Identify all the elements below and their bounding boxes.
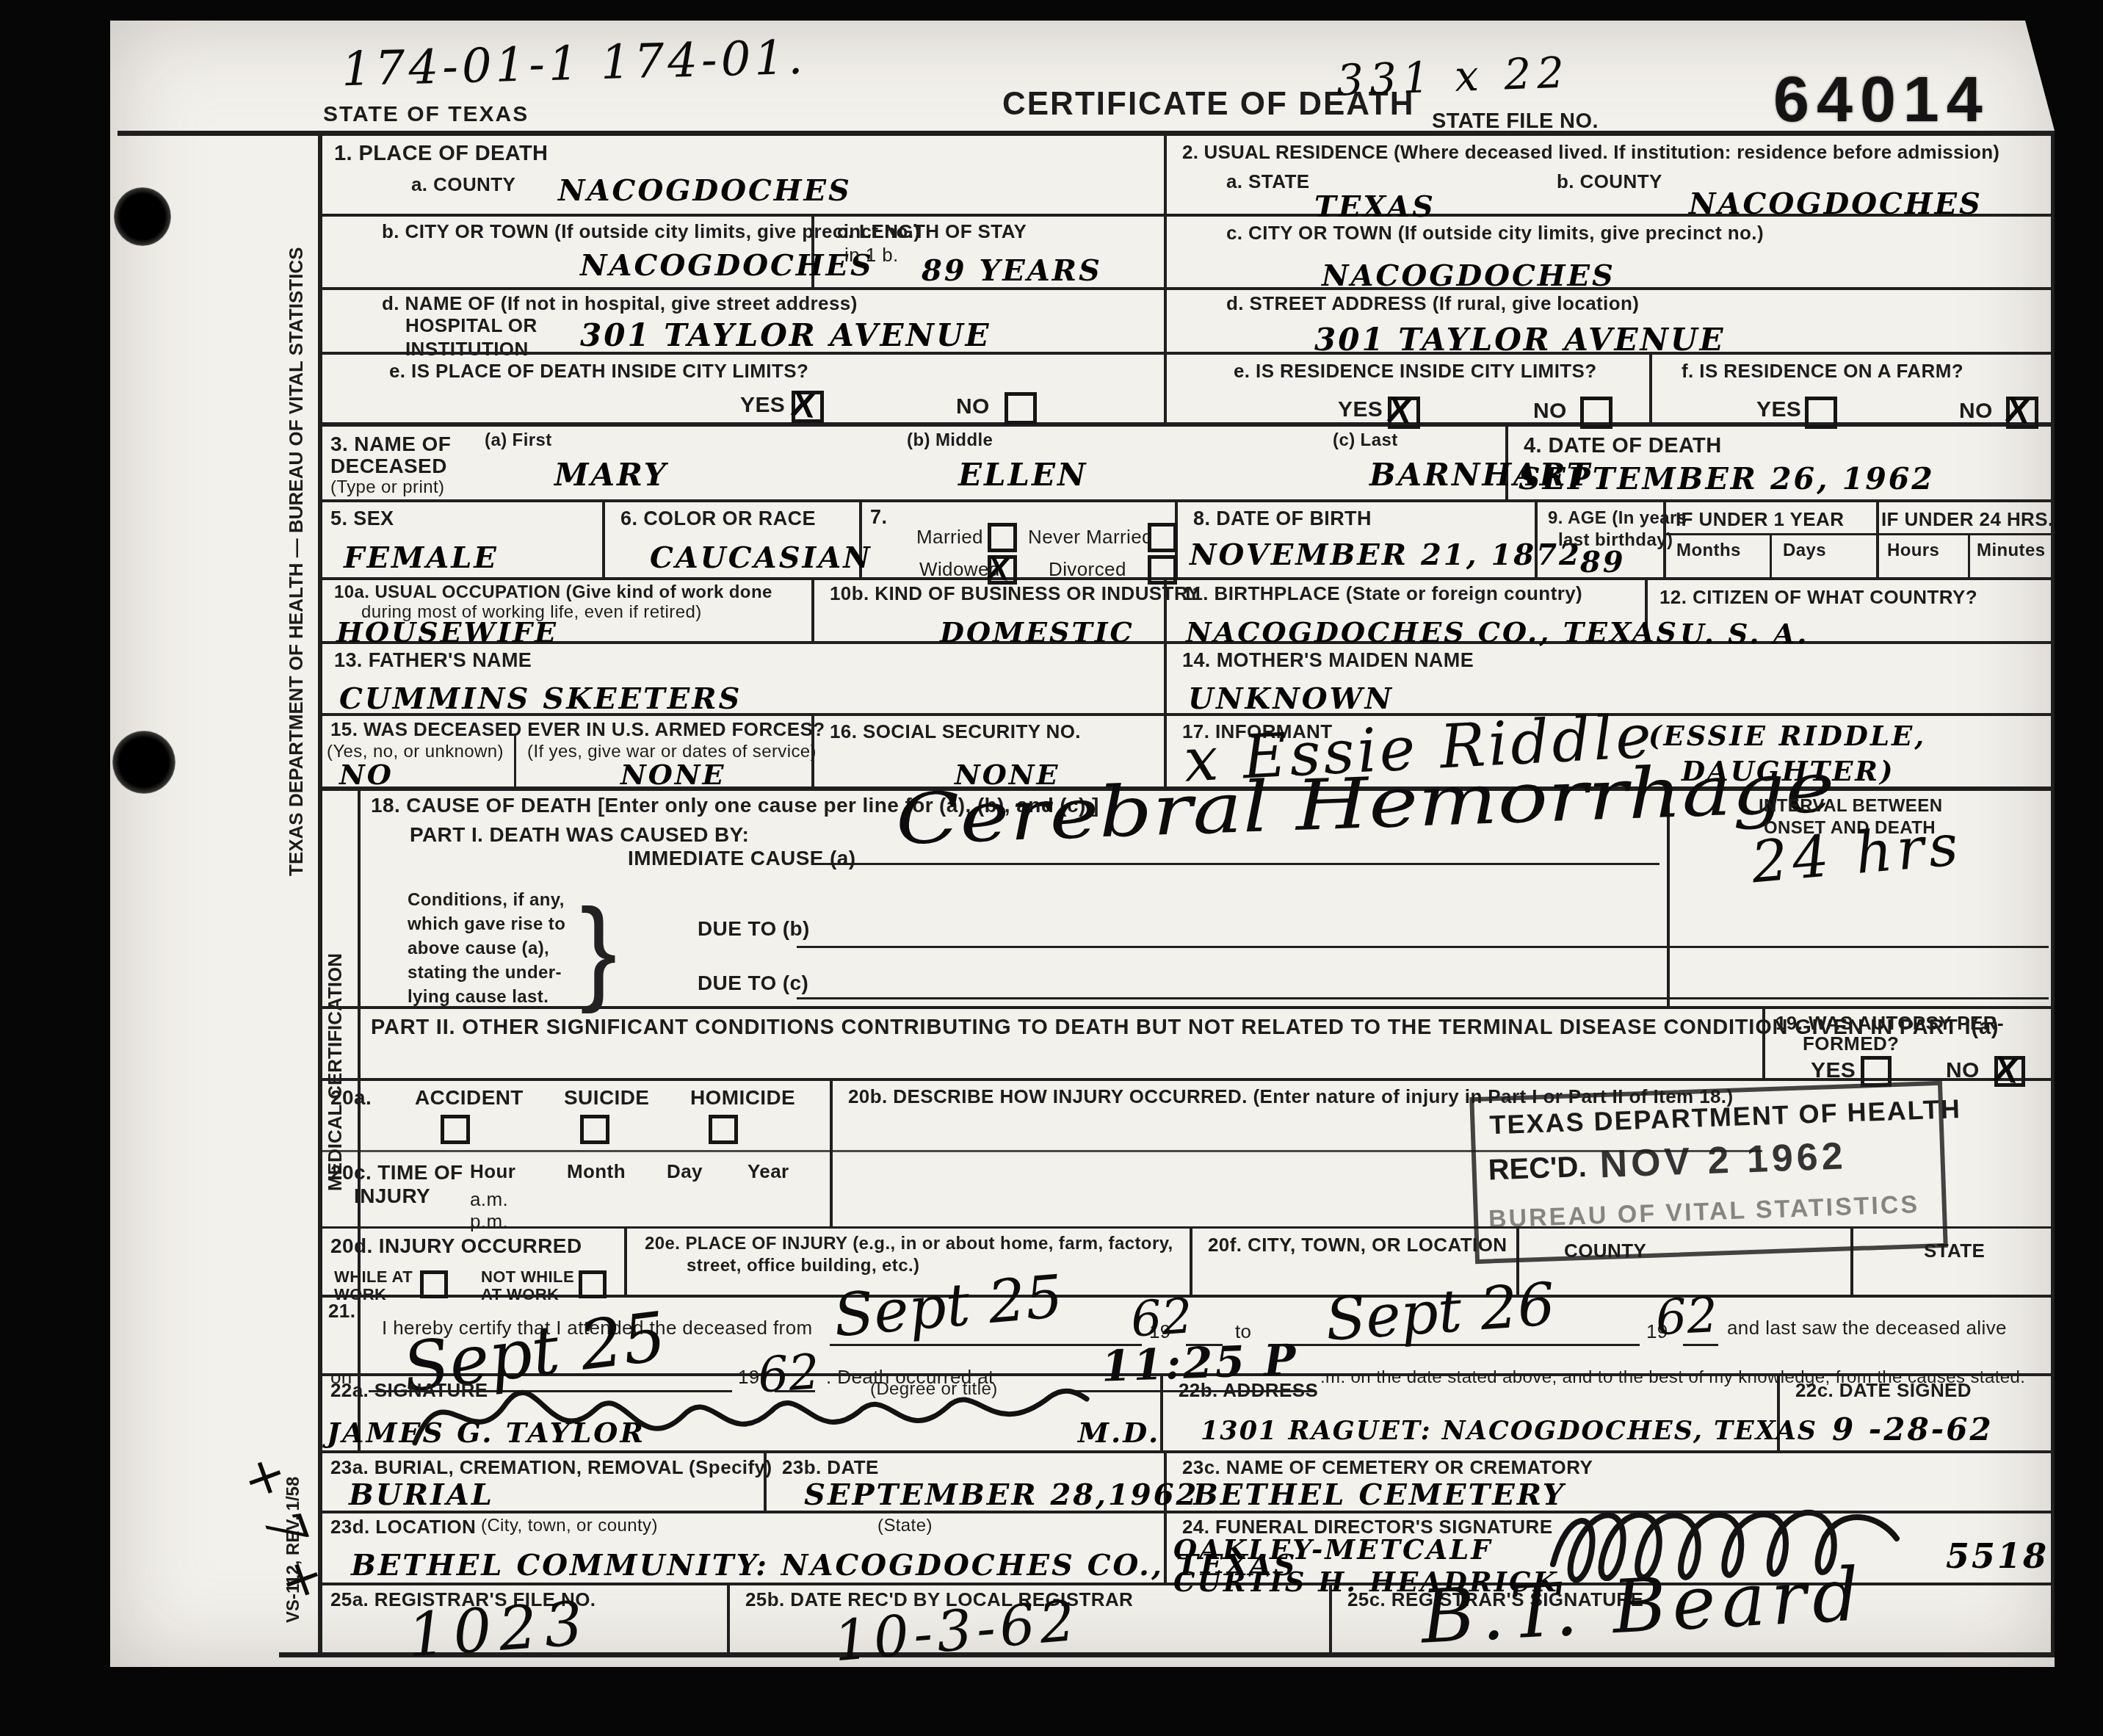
conditions-label-4: stating the under- bbox=[408, 963, 562, 984]
funeral-home-typed: OAKLEY-METCALF bbox=[1173, 1533, 1493, 1566]
rule bbox=[1876, 499, 1879, 579]
while-at-work-label-1: WHILE AT bbox=[334, 1267, 413, 1287]
burial-cremation-label: 23a. BURIAL, CREMATION, REMOVAL (Specify… bbox=[330, 1456, 772, 1479]
married-checkbox[interactable] bbox=[988, 523, 1017, 552]
business-industry-value: DOMESTIC bbox=[940, 615, 1134, 648]
date-of-death-label: 4. DATE OF DEATH bbox=[1524, 433, 1722, 459]
hospital-label-3: INSTITUTION bbox=[405, 338, 529, 361]
ssn-label: 16. SOCIAL SECURITY NO. bbox=[830, 720, 1081, 743]
location-value: BETHEL COMMUNITY: NACOGDOCHES CO., TEXAS bbox=[351, 1548, 1297, 1583]
usual-residence-label: 2. USUAL RESIDENCE (Where deceased lived… bbox=[1182, 141, 1999, 164]
length-of-stay-value: 89 YEARS bbox=[922, 253, 1102, 288]
stamp-line-3: BUREAU OF VITAL STATISTICS bbox=[1488, 1190, 1919, 1234]
date-signed-value: 9 -28-62 bbox=[1832, 1411, 1994, 1447]
place-of-injury-label-1: 20e. PLACE OF INJURY (e.g., in or about … bbox=[645, 1234, 1173, 1255]
name-of-deceased-label-1: 3. NAME OF bbox=[330, 432, 451, 457]
never-married-checkbox[interactable] bbox=[1148, 523, 1177, 552]
rule bbox=[318, 1078, 2052, 1081]
address-value: 1301 RAGUET: NACOGDOCHES, TEXAS bbox=[1201, 1416, 1817, 1446]
stamp-line-1: TEXAS DEPARTMENT OF HEALTH bbox=[1489, 1093, 1962, 1140]
if-under-1-year-label: IF UNDER 1 YEAR bbox=[1676, 508, 1844, 531]
length-of-stay-label: c. LENGTH OF STAY bbox=[837, 220, 1027, 243]
armed-forces-label: 15. WAS DECEASED EVER IN U.S. ARMED FORC… bbox=[330, 718, 825, 741]
mothers-maiden-name-value: UNKNOWN bbox=[1188, 681, 1394, 716]
farm-yes-checkbox[interactable] bbox=[1805, 397, 1837, 429]
year-label: Year bbox=[748, 1160, 789, 1183]
city-town-location-label: 20f. CITY, TOWN, OR LOCATION bbox=[1208, 1234, 1507, 1256]
rule bbox=[1190, 1226, 1192, 1296]
interval-label-1: INTERVAL BETWEEN bbox=[1759, 796, 1942, 817]
rule bbox=[318, 499, 2052, 502]
hour-label: Hour bbox=[470, 1160, 515, 1183]
autopsy-no-label: NO bbox=[1946, 1057, 1980, 1084]
rule bbox=[318, 131, 322, 1657]
item-21-label: 21. bbox=[328, 1300, 355, 1323]
rule bbox=[1663, 533, 2052, 535]
accident-label: ACCIDENT bbox=[415, 1085, 524, 1110]
burial-value: BURIAL bbox=[349, 1478, 494, 1512]
rule bbox=[811, 577, 814, 643]
first-name-value: MARY bbox=[554, 457, 668, 493]
month-label: Month bbox=[567, 1160, 626, 1183]
rule bbox=[624, 1226, 627, 1296]
autopsy-label-1: 19. WAS AUTOPSY PER- bbox=[1776, 1012, 2004, 1035]
item-20a-label: 20a. bbox=[330, 1085, 372, 1110]
part2-label: PART II. OTHER SIGNIFICANT CONDITIONS CO… bbox=[371, 1015, 1999, 1041]
state-file-number: 64014 bbox=[1773, 60, 1990, 138]
sex-value: FEMALE bbox=[344, 540, 499, 575]
married-label: Married bbox=[916, 526, 983, 549]
hours-label: Hours bbox=[1887, 540, 1939, 562]
no-label: NO bbox=[1533, 398, 1567, 424]
residence-city-limits-label: e. IS RESIDENCE INSIDE CITY LIMITS? bbox=[1234, 360, 1597, 383]
handwritten-file-annotation: 331 x 22 bbox=[1336, 47, 1571, 105]
medical-certification-vertical-label: MEDICAL CERTIFICATION bbox=[324, 845, 353, 1300]
stamp-date: NOV 2 1962 bbox=[1599, 1134, 1847, 1187]
rule bbox=[318, 1006, 2052, 1009]
inside-city-limits-label: e. IS PLACE OF DEATH INSIDE CITY LIMITS? bbox=[389, 360, 808, 383]
occupation-value: HOUSEWIFE bbox=[336, 615, 558, 648]
hospital-label-2: HOSPITAL OR bbox=[405, 314, 537, 337]
physician-signature-scribble bbox=[400, 1359, 1098, 1469]
accident-checkbox[interactable] bbox=[441, 1115, 470, 1144]
received-stamp: TEXAS DEPARTMENT OF HEALTH REC'D. NOV 2 … bbox=[1469, 1081, 1948, 1264]
place-of-injury-label-2: street, office building, etc.) bbox=[687, 1256, 919, 1277]
rule bbox=[727, 1583, 730, 1654]
burial-date-label: 23b. DATE bbox=[782, 1456, 879, 1479]
hospital-label-1: d. NAME OF (If not in hospital, give str… bbox=[382, 292, 858, 315]
citizen-label: 12. CITIZEN OF WHAT COUNTRY? bbox=[1659, 586, 1977, 609]
fathers-name-value: CUMMINS SKEETERS bbox=[339, 681, 742, 716]
divorced-checkbox[interactable] bbox=[1148, 555, 1177, 585]
rule bbox=[318, 287, 2052, 290]
age-label-1: 9. AGE (In years bbox=[1548, 508, 1687, 529]
marital-status-label: 7. bbox=[870, 505, 887, 529]
rule bbox=[318, 352, 2052, 355]
location-label: 23d. LOCATION bbox=[330, 1516, 476, 1538]
stamp-recd-label: REC'D. bbox=[1488, 1151, 1587, 1187]
sex-label: 5. SEX bbox=[330, 507, 394, 530]
time-of-injury-label-1: 20c. TIME OF bbox=[330, 1160, 463, 1185]
county-label: a. COUNTY bbox=[411, 173, 515, 196]
state-of-texas-label: STATE OF TEXAS bbox=[323, 101, 529, 128]
informant-typed-1: (ESSIE RIDDLE, bbox=[1648, 720, 1926, 752]
last-name-label: (c) Last bbox=[1333, 430, 1398, 452]
location-sub1: (City, town, or county) bbox=[481, 1516, 658, 1537]
middle-name-value: ELLEN bbox=[958, 457, 1087, 493]
cause-a-blank-line bbox=[815, 863, 1659, 865]
time-of-injury-label-2: INJURY bbox=[354, 1184, 430, 1209]
death-certificate-scan: 174-01-1 174-01. STATE OF TEXAS CERTIFIC… bbox=[0, 0, 2103, 1736]
middle-name-label: (b) Middle bbox=[907, 430, 993, 452]
am-label: a.m. bbox=[470, 1188, 508, 1211]
conditions-label-2: which gave rise to bbox=[408, 914, 565, 936]
due-to-c-label: DUE TO (c) bbox=[698, 971, 808, 996]
conditions-label-1: Conditions, if any, bbox=[408, 890, 565, 911]
yes-label: YES bbox=[1338, 397, 1383, 423]
homicide-label: HOMICIDE bbox=[690, 1085, 795, 1110]
funeral-license-number: 5518 bbox=[1946, 1536, 2049, 1576]
farm-yes-label: YES bbox=[1756, 397, 1801, 423]
rule bbox=[1649, 352, 1652, 424]
months-label: Months bbox=[1676, 540, 1741, 562]
cemetery-value: BETHEL CEMETERY bbox=[1193, 1478, 1566, 1512]
mothers-maiden-name-label: 14. MOTHER'S MAIDEN NAME bbox=[1182, 648, 1474, 672]
not-while-at-work-label-2: AT WORK bbox=[481, 1285, 559, 1304]
not-while-at-work-label-1: NOT WHILE bbox=[481, 1267, 574, 1287]
city-value: NACOGDOCHES bbox=[580, 248, 874, 283]
never-married-label: Never Married bbox=[1028, 526, 1153, 549]
street-address-value: 301 TAYLOR AVENUE bbox=[1314, 322, 1726, 358]
date-of-birth-label: 8. DATE OF BIRTH bbox=[1193, 507, 1372, 530]
autopsy-yes-label: YES bbox=[1811, 1057, 1856, 1084]
registrar-file-no-value: 1023 bbox=[405, 1588, 593, 1671]
due-to-b-label: DUE TO (b) bbox=[698, 916, 810, 941]
while-at-work-checkbox[interactable] bbox=[420, 1270, 448, 1298]
birthplace-value: NACOGDOCHES CO., TEXAS bbox=[1186, 615, 1679, 648]
suicide-label: SUICIDE bbox=[564, 1085, 649, 1110]
residence-county-label: b. COUNTY bbox=[1557, 170, 1662, 193]
rule bbox=[1968, 533, 1970, 579]
length-of-stay-sublabel: in 1 b. bbox=[844, 244, 899, 267]
armed-forces-value: NO bbox=[339, 758, 394, 791]
street-address-label: d. STREET ADDRESS (If rural, give locati… bbox=[1226, 292, 1639, 315]
occupation-label-1: 10a. USUAL OCCUPATION (Give kind of work… bbox=[334, 582, 772, 604]
certify-text-2: and last saw the deceased alive bbox=[1727, 1317, 2007, 1339]
residence-city-value: NACOGDOCHES bbox=[1322, 258, 1615, 293]
farm-no-label: NO bbox=[1959, 398, 1993, 424]
date-of-death-value: SEPTEMBER 26, 1962 bbox=[1519, 461, 1935, 496]
immediate-cause-label: IMMEDIATE CAUSE (a) bbox=[628, 846, 855, 871]
hole-punch-top bbox=[114, 187, 171, 246]
hospital-value: 301 TAYLOR AVENUE bbox=[580, 317, 991, 353]
rule bbox=[2051, 131, 2055, 1657]
rule bbox=[318, 577, 2052, 580]
residence-state-label: a. STATE bbox=[1226, 170, 1309, 193]
type-or-print-label: (Type or print) bbox=[330, 477, 444, 499]
yes-label: YES bbox=[740, 392, 785, 419]
date-of-birth-value: NOVEMBER 21, 1872 bbox=[1190, 538, 1582, 572]
citizen-value: U. S. A. bbox=[1680, 617, 1809, 650]
conditions-label-3: above cause (a), bbox=[408, 938, 549, 960]
county-value: NACOGDOCHES bbox=[558, 173, 852, 208]
residence-city-label: c. CITY OR TOWN (If outside city limits,… bbox=[1226, 222, 1764, 245]
conditions-label-5: lying cause last. bbox=[408, 987, 549, 1008]
days-label: Days bbox=[1783, 540, 1826, 562]
rule bbox=[117, 131, 2053, 136]
residence-farm-label: f. IS RESIDENCE ON A FARM? bbox=[1682, 360, 1963, 383]
pm-label: p.m. bbox=[470, 1210, 508, 1233]
residence-county-value: NACOGDOCHES bbox=[1689, 187, 1983, 221]
date-signed-label: 22c. DATE SIGNED bbox=[1795, 1379, 1972, 1402]
no-checkbox[interactable] bbox=[1005, 392, 1037, 424]
due-b-blank-line bbox=[797, 946, 2049, 948]
place-of-death-label: 1. PLACE OF DEATH bbox=[334, 141, 548, 167]
conditions-brace: } bbox=[580, 880, 618, 1019]
minutes-label: Minutes bbox=[1977, 540, 2045, 562]
suicide-checkbox[interactable] bbox=[580, 1115, 609, 1144]
burial-date-value: SEPTEMBER 28,1962 bbox=[804, 1478, 1198, 1512]
no-label: NO bbox=[956, 394, 990, 420]
name-of-deceased-label-2: DECEASED bbox=[330, 454, 447, 479]
rule bbox=[358, 786, 361, 1452]
rule bbox=[514, 734, 516, 788]
not-while-at-work-checkbox[interactable] bbox=[579, 1270, 607, 1298]
department-vertical-label: TEXAS DEPARTMENT OF HEALTH — BUREAU OF V… bbox=[285, 136, 316, 988]
homicide-checkbox[interactable] bbox=[709, 1115, 738, 1144]
rule bbox=[602, 499, 605, 579]
color-race-label: 6. COLOR OR RACE bbox=[620, 507, 816, 530]
divorced-label: Divorced bbox=[1049, 558, 1126, 581]
fathers-name-label: 13. FATHER'S NAME bbox=[334, 648, 532, 672]
physician-md-typed: M.D. bbox=[1078, 1416, 1160, 1449]
rule bbox=[830, 1078, 833, 1228]
autopsy-label-2: FORMED? bbox=[1803, 1032, 1899, 1055]
first-name-label: (a) First bbox=[485, 430, 552, 452]
rule bbox=[1164, 131, 1167, 424]
if-under-24-hrs-label: IF UNDER 24 HRS. bbox=[1881, 508, 2054, 531]
certify-to-year-handwritten: 62 bbox=[1654, 1287, 1719, 1346]
cemetery-label: 23c. NAME OF CEMETERY OR CREMATORY bbox=[1182, 1456, 1593, 1479]
address-label: 22b. ADDRESS bbox=[1179, 1379, 1318, 1402]
armed-forces-service-value: NONE bbox=[620, 758, 726, 791]
injury-occurred-label: 20d. INJURY OCCURRED bbox=[330, 1234, 582, 1259]
color-race-value: CAUCASIAN bbox=[650, 540, 872, 575]
part1-label: PART I. DEATH WAS CAUSED BY: bbox=[410, 822, 749, 847]
hole-punch-bottom bbox=[112, 731, 175, 794]
age-value: 89 bbox=[1580, 545, 1626, 579]
residence-state-value: TEXAS bbox=[1314, 189, 1436, 224]
day-label: Day bbox=[667, 1160, 703, 1183]
rule bbox=[1164, 641, 1167, 715]
birthplace-label: 11. BIRTHPLACE (State or foreign country… bbox=[1182, 582, 1582, 605]
location-sub2: (State) bbox=[877, 1516, 933, 1537]
no-checkbox[interactable] bbox=[1580, 397, 1612, 429]
rule bbox=[1770, 533, 1772, 579]
business-industry-label: 10b. KIND OF BUSINESS OR INDUSTRY bbox=[830, 582, 1201, 605]
due-c-blank-line bbox=[797, 997, 2049, 999]
